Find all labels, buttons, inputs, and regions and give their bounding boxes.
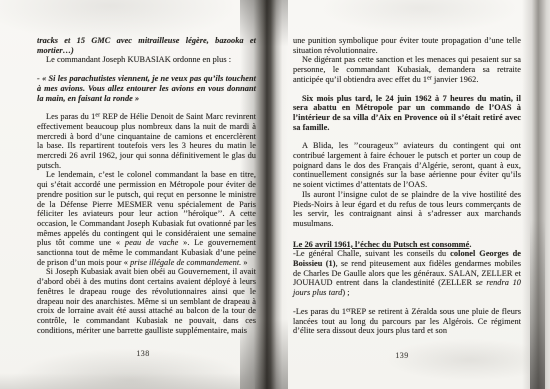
page-number-left: 138 — [123, 349, 163, 358]
book-scan: tracks et 15 GMC avec mitrailleuse légèr… — [0, 0, 550, 389]
paragraph-digerant: Ne digérant pas cette sanction et les me… — [293, 55, 521, 84]
digerant-text-post: janvier 1962. — [432, 75, 479, 84]
section-heading-26-avril: Le 26 avril 1961, l’échec du Putsch est … — [293, 240, 521, 250]
page-edge-shadow-bottom — [530, 219, 545, 389]
bottom-scan-shade — [0, 373, 255, 389]
paragraph-blida: A Blida, les ’’courageux’’ aviateurs du … — [293, 141, 521, 190]
challe-text-a: -Le général Challe, suivant les conseils… — [293, 249, 450, 258]
lendemain-text-e: » — [241, 258, 247, 267]
blockquote-kubasiak: - « Si les parachutistes viennent, je ne… — [37, 74, 256, 103]
paragraph-order-line: Le commandant Joseph KUBASIAK ordonne en… — [37, 55, 256, 65]
paragraph-si-joseph: Si Joseph Kubasiak avait bien obéi au Go… — [37, 267, 256, 335]
zeralda-text-pre: -Les paras du 1 — [293, 307, 346, 316]
paragraph-insigne-culot: Ils auront l’insigne culot de se plaindr… — [293, 190, 521, 229]
paragraph-paras-1rep: Les paras du 1er REP de Hélie Denoit de … — [37, 112, 256, 170]
lendemain-text-a: Le lendemain, c’est le colonel commandan… — [37, 170, 256, 247]
heading-underlined-text: Le 26 avril 1961, l’échec du Putsch est … — [293, 240, 469, 249]
heading-period: . — [469, 240, 471, 249]
challe-text-e: ) ; — [342, 288, 349, 297]
paragraph-zeralda: -Les paras du 1erREP se retirent à Zéral… — [293, 307, 521, 336]
page-left: tracks et 15 GMC avec mitrailleuse légèr… — [37, 36, 256, 335]
digerant-text-pre: Ne digérant pas cette sanction et les me… — [293, 55, 521, 83]
paragraph-paras-pre: Les paras du 1 — [46, 112, 95, 121]
paragraph-punition: une punition symbolique pour éviter tout… — [293, 36, 521, 55]
paragraph-lendemain: Le lendemain, c’est le colonel commandan… — [37, 170, 256, 267]
paragraph-intro-italic: tracks et 15 GMC avec mitrailleuse légèr… — [37, 36, 256, 55]
paragraph-six-mois-bold: Six mois plus tard, le 24 juin 1962 à 7 … — [293, 94, 521, 133]
page-number-right: 139 — [382, 351, 422, 360]
paragraph-challe: -Le général Challe, suivant les conseils… — [293, 249, 521, 298]
lendemain-italic-peau-de-vache: peau de vache — [125, 238, 178, 247]
page-right: une punition symbolique pour éviter tout… — [293, 36, 521, 336]
lendemain-italic-prise-illegale: prise illégale de commandement. — [130, 258, 241, 267]
